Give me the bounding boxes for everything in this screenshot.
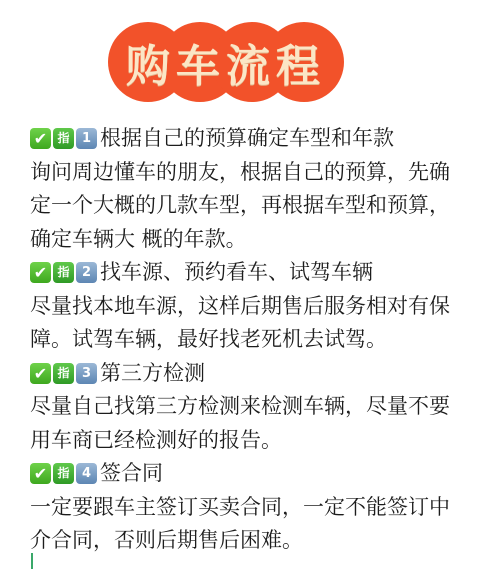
body-line: 障。试驾车辆，最好找老死机去试驾。: [30, 323, 490, 357]
section-heading-text: 根据自己的预算确定车型和年款: [100, 122, 394, 156]
body-line: 定一个大概的几款车型，再根据车型和预算，: [30, 189, 490, 223]
text-cursor: [31, 553, 33, 569]
body-line: 确定车辆大 概的年款。: [30, 223, 490, 257]
title-banner: 购车流程: [108, 22, 344, 102]
section-heading: ✔ 指 4 签合同: [30, 457, 490, 491]
finger-badge-icon: 指: [53, 128, 74, 149]
section-heading-text: 找车源、预约看车、试驾车辆: [100, 256, 373, 290]
finger-badge-icon: 指: [53, 262, 74, 283]
number-badge-icon: 2: [76, 262, 97, 283]
body-line: 一定要跟车主签订买卖合同，一定不能签订中: [30, 491, 490, 525]
section-heading: ✔ 指 2 找车源、预约看车、试驾车辆: [30, 256, 490, 290]
body-line: 尽量找本地车源，这样后期售后服务相对有保: [30, 290, 490, 324]
page-title: 购车流程: [108, 22, 344, 102]
body-line: 询问周边懂车的朋友，根据自己的预算，先确: [30, 156, 490, 190]
content: ✔ 指 1 根据自己的预算确定车型和年款 询问周边懂车的朋友，根据自己的预算，先…: [30, 122, 490, 558]
finger-badge-icon: 指: [53, 363, 74, 384]
number-badge-icon: 3: [76, 363, 97, 384]
section-heading-text: 签合同: [100, 457, 163, 491]
check-icon: ✔: [30, 262, 51, 283]
check-icon: ✔: [30, 463, 51, 484]
body-line: 介合同，否则后期售后困难。: [30, 524, 490, 558]
number-badge-icon: 1: [76, 128, 97, 149]
check-icon: ✔: [30, 128, 51, 149]
section-heading: ✔ 指 1 根据自己的预算确定车型和年款: [30, 122, 490, 156]
body-line: 用车商已经检测好的报告。: [30, 424, 490, 458]
section-heading: ✔ 指 3 第三方检测: [30, 357, 490, 391]
body-line: 尽量自己找第三方检测来检测车辆，尽量不要: [30, 390, 490, 424]
finger-badge-icon: 指: [53, 463, 74, 484]
check-icon: ✔: [30, 363, 51, 384]
section-heading-text: 第三方检测: [100, 357, 205, 391]
number-badge-icon: 4: [76, 463, 97, 484]
